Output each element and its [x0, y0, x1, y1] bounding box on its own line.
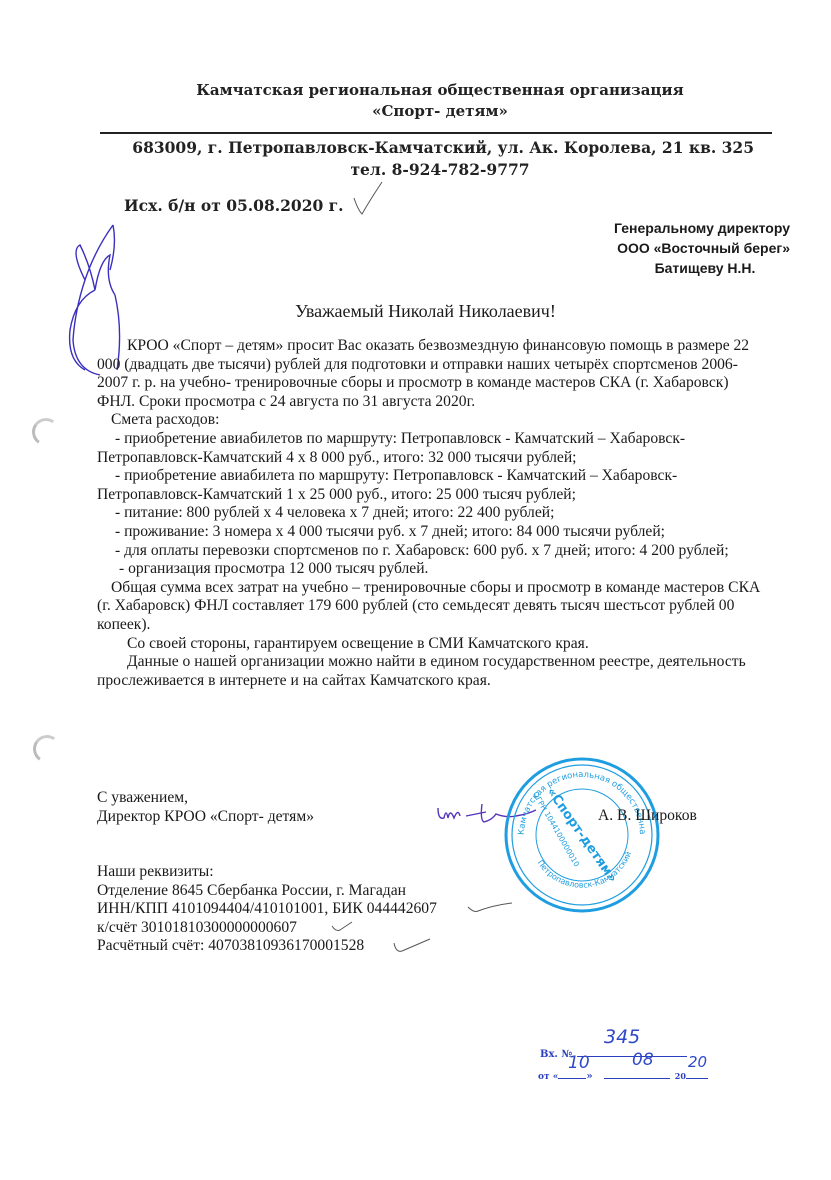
addressee-company: ООО «Восточный берег»: [560, 238, 790, 258]
greeting: Уважаемый Николай Николаевич!: [0, 301, 831, 322]
correspondent-account: к/счёт 30101810300000000607: [97, 919, 437, 938]
settlement-account: Расчётный счёт: 40703810936170001528: [97, 937, 437, 956]
checkmark-icon: [466, 895, 516, 917]
outgoing-reference: Исх. б/н от 05.08.2020 г.: [124, 196, 344, 215]
requisites-heading: Наши реквизиты:: [97, 863, 437, 882]
addressee-name: Батищеву Н.Н.: [560, 258, 790, 278]
punch-hole-icon: [30, 416, 62, 448]
svg-text:Петропавловск-Камчатский: Петропавловск-Камчатский: [536, 850, 633, 890]
requisites-block: Наши реквизиты: Отделение 8645 Сбербанка…: [97, 863, 437, 956]
estimate-heading: Смета расходов:: [97, 411, 767, 430]
organization-stamp-icon: Камчатская региональная общественная орг…: [502, 755, 662, 915]
stamp-city: Петропавловск-Камчатский: [536, 850, 633, 890]
expense-item: - для оплаты перевозки спортсменов по г.…: [97, 542, 767, 561]
registry-paragraph: Данные о нашей организации можно найти в…: [97, 653, 767, 690]
closing-block: С уважением, Директор КРОО «Спорт- детям…: [97, 788, 314, 826]
incoming-year: 20: [688, 1053, 707, 1071]
total-paragraph: Общая сумма всех затрат на учебно – трен…: [97, 579, 767, 635]
letterhead-divider: [100, 132, 772, 134]
expense-item: - питание: 800 рублей х 4 человека х 7 д…: [97, 504, 767, 523]
incoming-registration-stamp: Вх. № 345 от «» 20 10 08 20: [540, 1030, 720, 1090]
letterhead-contacts: 683009, г. Петропавловск-Камчатский, ул.…: [100, 137, 780, 181]
org-phone: тел. 8-924-782-9777: [100, 159, 780, 181]
letter-body: КРОО «Спорт – детям» просит Вас оказать …: [97, 337, 767, 690]
expense-item: - организация просмотра 12 000 тысяч руб…: [97, 560, 767, 579]
incoming-from-label: от «: [538, 1072, 558, 1082]
incoming-year-prefix: 20: [675, 1071, 686, 1081]
org-address: 683009, г. Петропавловск-Камчатский, ул.…: [100, 137, 780, 159]
addressee-position: Генеральному директору: [560, 218, 790, 238]
punch-hole-icon: [31, 733, 63, 765]
addressee-block: Генеральному директору ООО «Восточный бе…: [560, 218, 790, 278]
expense-item: - проживание: 3 номера х 4 000 тысячи ру…: [97, 523, 767, 542]
org-short-name: «Спорт- детям»: [100, 101, 780, 122]
bank-branch: Отделение 8645 Сбербанка России, г. Мага…: [97, 882, 437, 901]
incoming-day: 10: [568, 1053, 590, 1073]
expense-item: - приобретение авиабилетов по маршруту: …: [97, 430, 767, 467]
letterhead-org: Камчатская региональная общественная орг…: [100, 80, 780, 122]
expense-item: - приобретение авиабилета по маршруту: П…: [97, 467, 767, 504]
checkmark-icon: [392, 935, 432, 957]
signer-name: А. В. Широков: [598, 807, 697, 825]
incoming-month: 08: [632, 1050, 654, 1070]
inn-kpp-bik: ИНН/КПП 4101094404/410101001, БИК 044442…: [97, 900, 437, 919]
incoming-number: 345: [604, 1026, 640, 1048]
checkmark-icon: [352, 180, 386, 220]
intro-paragraph: КРОО «Спорт – детям» просит Вас оказать …: [97, 337, 767, 411]
org-name: Камчатская региональная общественная орг…: [100, 80, 780, 101]
media-paragraph: Со своей стороны, гарантируем освещение …: [97, 635, 767, 654]
checkmark-icon: [330, 918, 354, 934]
signer-position: Директор КРОО «Спорт- детям»: [97, 807, 314, 826]
regards: С уважением,: [97, 788, 314, 807]
